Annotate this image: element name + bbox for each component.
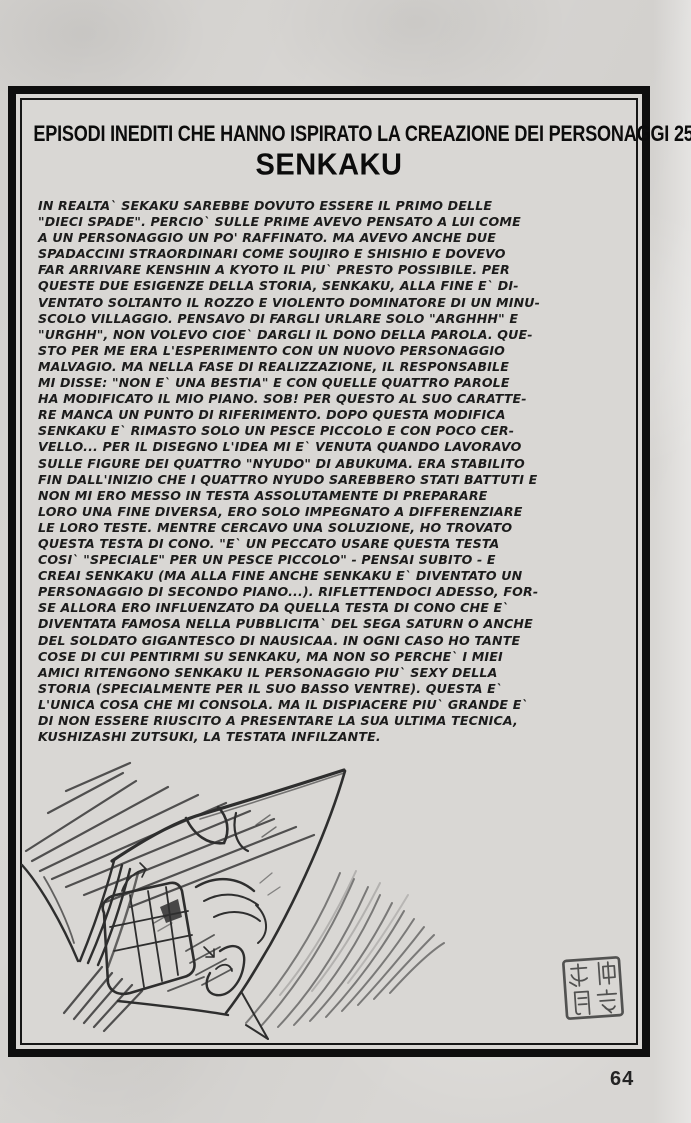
senkaku-sketch-drawing (18, 755, 633, 1045)
sketch-svg (18, 755, 633, 1045)
seal-glyph-1 (569, 964, 588, 987)
ear (207, 946, 245, 995)
chin-and-mark (118, 993, 268, 1039)
scan-edge-highlight (653, 0, 691, 1123)
neck-lines (22, 865, 78, 961)
series-title-text: EPISODI INEDITI CHE HANNO ISPIRATO LA CR… (33, 122, 691, 148)
brow-and-eyes (186, 807, 280, 943)
seal-glyph-2 (598, 962, 615, 985)
seal-glyph-3 (575, 991, 590, 1015)
manga-page-frame: EPISODI INEDITI CHE HANNO ISPIRATO LA CR… (8, 86, 650, 1057)
artist-seal (560, 954, 626, 1022)
seal-glyph-4 (597, 990, 617, 1014)
artist-seal-svg (560, 954, 626, 1022)
page-number: 64 (610, 1068, 634, 1091)
cone-head-outline (112, 770, 345, 1013)
mouth-shading (168, 935, 232, 991)
hatching-upper-left (26, 763, 314, 907)
character-name-title: SENKAKU (16, 148, 642, 183)
article-body-text: IN REALTA` SEKAKU SAREBBE DOVUTO ESSERE … (38, 198, 630, 745)
article-header: EPISODI INEDITI CHE HANNO ISPIRATO LA CR… (16, 124, 642, 182)
hatching-right (246, 871, 444, 1027)
page-background: { "colors": { "paper": "#d9d7d4", "frame… (0, 0, 691, 1123)
hatching-bottom-left (64, 967, 142, 1031)
